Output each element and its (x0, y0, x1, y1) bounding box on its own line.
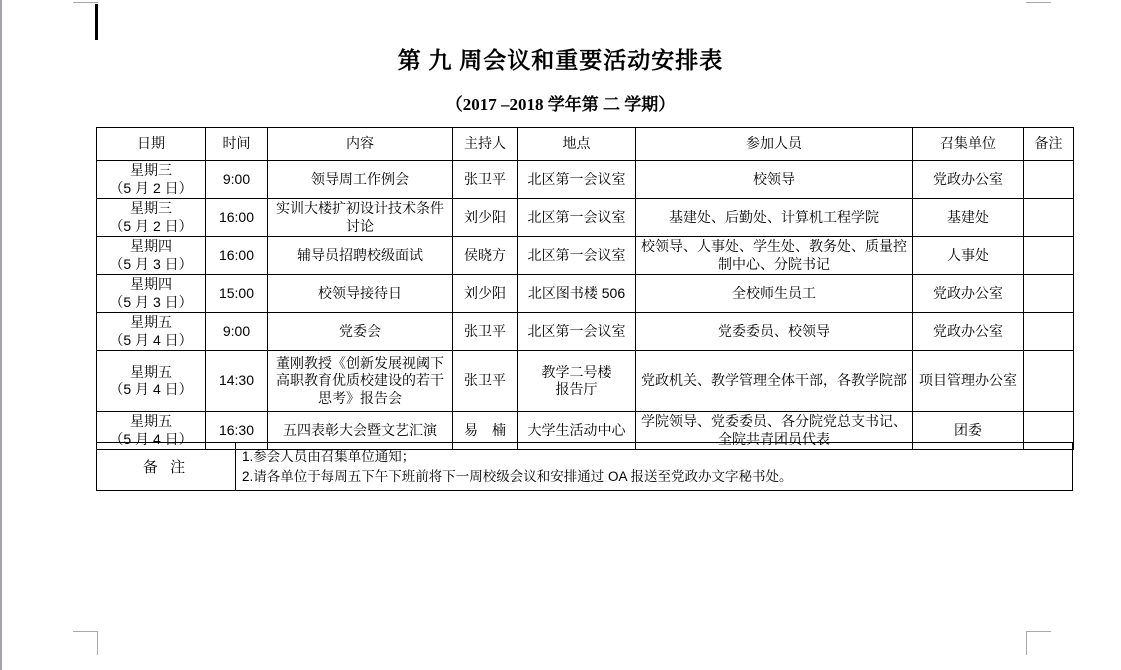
cell-remark (1024, 199, 1074, 237)
column-header-organizer: 召集单位 (913, 128, 1024, 161)
cell-host: 张卫平 (453, 313, 518, 351)
date-weekday: 星期五 (100, 364, 202, 382)
cell-time: 16:00 (206, 237, 268, 275)
table-row: 星期四（5 月 3 日） 15:00 校领导接待日 刘少阳 北区图书楼 506 … (97, 275, 1074, 313)
cell-content: 领导周工作例会 (268, 161, 453, 199)
table-row: 星期三（5 月 2 日） 16:00 实训大楼扩初设计技术条件讨论 刘少阳 北区… (97, 199, 1074, 237)
date-calendar: （5 月 3 日） (100, 294, 202, 312)
cell-remark (1024, 275, 1074, 313)
cell-participants: 全校师生员工 (636, 275, 913, 313)
cell-participants: 校领导 (636, 161, 913, 199)
page-title: 第 九 周会议和重要活动安排表 (0, 42, 1121, 75)
table-row: 星期四（5 月 3 日） 16:00 辅导员招聘校级面试 侯晓方 北区第一会议室… (97, 237, 1074, 275)
table-row: 星期三（5 月 2 日） 9:00 领导周工作例会 张卫平 北区第一会议室 校领… (97, 161, 1074, 199)
cell-content: 董刚教授《创新发展视阈下高职教育优质校建设的若干思考》报告会 (268, 351, 453, 412)
document-page: { "page": { "title": "第 九 周会议和重要活动安排表", … (0, 0, 1121, 670)
schedule-table: 日期 时间 内容 主持人 地点 参加人员 召集单位 备注 星期三（5 月 2 日… (96, 127, 1074, 450)
cell-time: 14:30 (206, 351, 268, 412)
cell-remark (1024, 161, 1074, 199)
cell-content: 校领导接待日 (268, 275, 453, 313)
cell-remark (1024, 351, 1074, 412)
date-weekday: 星期五 (100, 413, 202, 431)
cell-date: 星期四（5 月 3 日） (97, 237, 206, 275)
cell-organizer: 项目管理办公室 (913, 351, 1024, 412)
cell-organizer: 人事处 (913, 237, 1024, 275)
margin-mark-bottom-left-h (73, 631, 98, 632)
margin-mark-top-left (73, 2, 98, 3)
notes-body: 1.参会人员由召集单位通知； 2.请各单位于每周五下午下班前将下一周校级会议和安… (236, 443, 1072, 490)
location-line2: 报告厅 (521, 381, 632, 399)
cell-participants: 党政机关、教学管理全体干部，各教学院部 (636, 351, 913, 412)
date-calendar: （5 月 4 日） (100, 332, 202, 350)
cell-organizer: 党政办公室 (913, 161, 1024, 199)
margin-mark-top-right (1026, 2, 1051, 3)
margin-mark-bottom-left-v (97, 631, 98, 655)
cell-host: 刘少阳 (453, 199, 518, 237)
cell-participants: 校领导、人事处、学生处、教务处、质量控制中心、分院书记 (636, 237, 913, 275)
cell-content: 实训大楼扩初设计技术条件讨论 (268, 199, 453, 237)
cell-time: 9:00 (206, 161, 268, 199)
cell-remark (1024, 313, 1074, 351)
date-calendar: （5 月 2 日） (100, 180, 202, 198)
date-weekday: 星期五 (100, 314, 202, 332)
table-row: 星期五（5 月 4 日） 14:30 董刚教授《创新发展视阈下高职教育优质校建设… (97, 351, 1074, 412)
cell-location: 北区第一会议室 (518, 237, 636, 275)
cell-location: 北区第一会议室 (518, 199, 636, 237)
cell-organizer: 党政办公室 (913, 275, 1024, 313)
cell-host: 侯晓方 (453, 237, 518, 275)
column-header-participants: 参加人员 (636, 128, 913, 161)
cell-date: 星期三（5 月 2 日） (97, 161, 206, 199)
cell-date: 星期五（5 月 4 日） (97, 313, 206, 351)
cell-time: 9:00 (206, 313, 268, 351)
cell-participants: 党委委员、校领导 (636, 313, 913, 351)
date-calendar: （5 月 2 日） (100, 218, 202, 236)
cell-time: 15:00 (206, 275, 268, 313)
table-row: 星期五（5 月 4 日） 9:00 党委会 张卫平 北区第一会议室 党委委员、校… (97, 313, 1074, 351)
column-header-location: 地点 (518, 128, 636, 161)
date-weekday: 星期三 (100, 200, 202, 218)
column-header-remark: 备注 (1024, 128, 1074, 161)
date-calendar: （5 月 3 日） (100, 256, 202, 274)
cell-content: 党委会 (268, 313, 453, 351)
cell-organizer: 党政办公室 (913, 313, 1024, 351)
cell-participants: 基建处、后勤处、计算机工程学院 (636, 199, 913, 237)
cell-location: 北区第一会议室 (518, 313, 636, 351)
margin-mark-bottom-right-v (1026, 631, 1027, 655)
cell-location: 北区第一会议室 (518, 161, 636, 199)
text-cursor (95, 4, 98, 40)
notes-label: 备 注 (97, 443, 236, 490)
date-calendar: （5 月 4 日） (100, 381, 202, 399)
cell-date: 星期三（5 月 2 日） (97, 199, 206, 237)
page-subtitle: （2017 –2018 学年第 二 学期） (0, 90, 1121, 115)
date-weekday: 星期四 (100, 276, 202, 294)
notes-line-2: 2.请各单位于每周五下午下班前将下一周校级会议和安排通过 OA 报送至党政办文字… (242, 467, 1072, 487)
cell-remark (1024, 237, 1074, 275)
margin-mark-bottom-right-h (1026, 631, 1051, 632)
column-header-date: 日期 (97, 128, 206, 161)
cell-location: 北区图书楼 506 (518, 275, 636, 313)
column-header-time: 时间 (206, 128, 268, 161)
cell-host: 刘少阳 (453, 275, 518, 313)
column-header-content: 内容 (268, 128, 453, 161)
cell-date: 星期四（5 月 3 日） (97, 275, 206, 313)
header-row: 日期 时间 内容 主持人 地点 参加人员 召集单位 备注 (97, 128, 1074, 161)
notes-line-1: 1.参会人员由召集单位通知； (242, 447, 1072, 467)
notes-row: 备 注 1.参会人员由召集单位通知； 2.请各单位于每周五下午下班前将下一周校级… (96, 442, 1073, 491)
date-weekday: 星期三 (100, 162, 202, 180)
cell-host: 张卫平 (453, 161, 518, 199)
cell-location: 教学二号楼报告厅 (518, 351, 636, 412)
date-weekday: 星期四 (100, 238, 202, 256)
column-header-host: 主持人 (453, 128, 518, 161)
cell-date: 星期五（5 月 4 日） (97, 351, 206, 412)
location-line1: 教学二号楼 (521, 364, 632, 382)
cell-host: 张卫平 (453, 351, 518, 412)
cell-organizer: 基建处 (913, 199, 1024, 237)
cell-time: 16:00 (206, 199, 268, 237)
cell-content: 辅导员招聘校级面试 (268, 237, 453, 275)
